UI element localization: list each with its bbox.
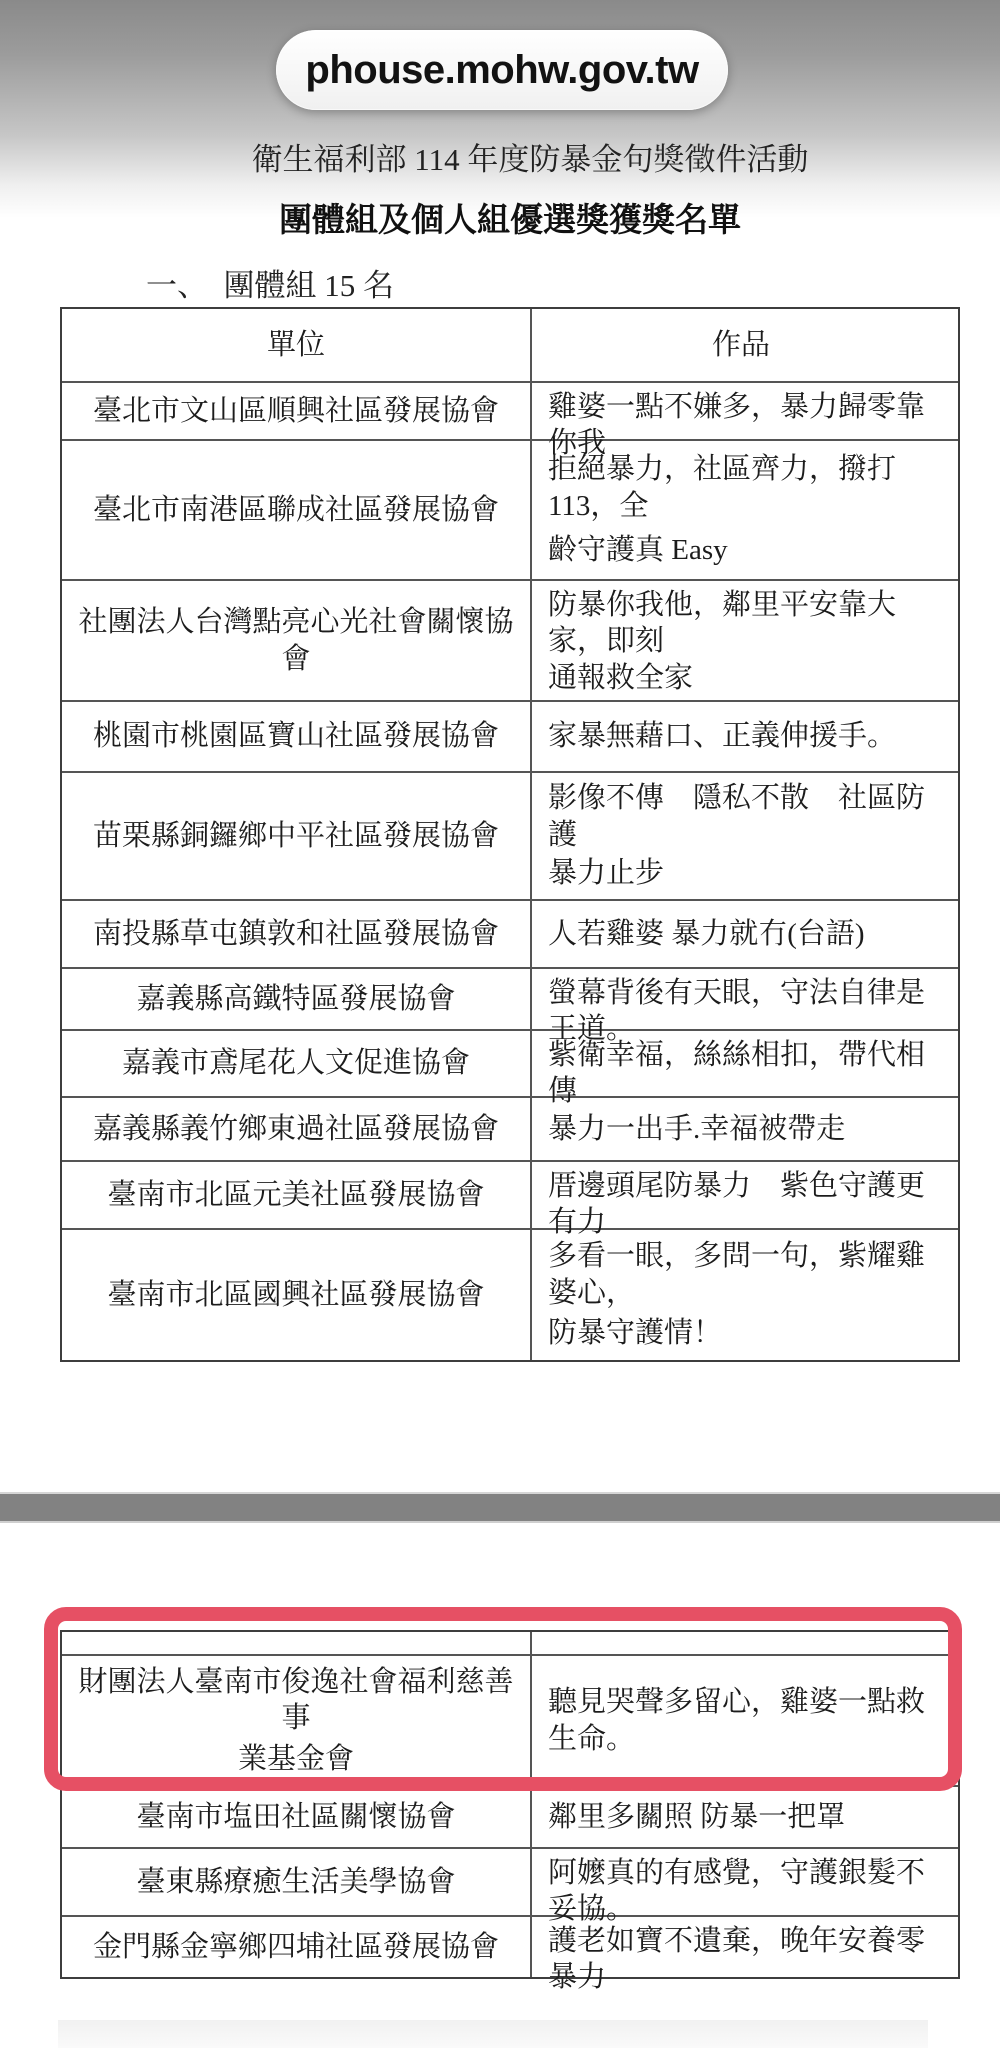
table-row: 臺東縣療癒生活美學協會 阿嬤真的有感覺，守護銀髮不妥協。 <box>62 1847 958 1915</box>
table-row: 桃園市桃園區寶山社區發展協會 家暴無藉口、正義伸援手。 <box>62 700 958 771</box>
table-row: 臺南市北區元美社區發展協會 厝邊頭尾防暴力 紫色守護更有力 <box>62 1160 958 1228</box>
table-row: 臺北市文山區順興社區發展協會 雞婆一點不嫌多，暴力歸零靠你我 <box>62 381 958 439</box>
award-table-top: 單位 作品 臺北市文山區順興社區發展協會 雞婆一點不嫌多，暴力歸零靠你我 臺北市… <box>60 307 960 1362</box>
table-row: 臺北市南港區聯成社區發展協會 拒絕暴力，社區齊力，撥打 113，全齡守護真 Ea… <box>62 439 958 579</box>
table-row: 南投縣草屯鎮敦和社區發展協會 人若雞婆 暴力就冇(台語) <box>62 899 958 967</box>
url-bar[interactable]: phouse.mohw.gov.tw <box>276 30 728 110</box>
table-row: 臺南市塩田社區關懷協會 鄰里多關照 防暴一把罩 <box>62 1785 958 1847</box>
table-header-row: 單位 作品 <box>62 309 958 381</box>
table-row: 嘉義市鳶尾花人文促進協會 紫衛幸福，絲絲相扣，帶代相傳 <box>62 1029 958 1096</box>
table-row: 嘉義縣高鐵特區發展協會 螢幕背後有天眼，守法自律是王道。 <box>62 967 958 1029</box>
document-title: 衛生福利部 114 年度防暴金句獎徵件活動 <box>80 134 980 179</box>
table-row-partial <box>62 1632 958 1654</box>
table-row-highlighted: 財團法人臺南市俊逸社會福利慈善事業基金會 聽見哭聲多留心，雞婆一點救生命。 <box>62 1654 958 1785</box>
scroll-divider-band <box>0 1492 1000 1523</box>
table-row: 社團法人台灣點亮心光社會關懷協會 防暴你我他，鄰里平安靠大家，即刻通報救全家 <box>62 579 958 700</box>
table-row: 金門縣金寧鄉四埔社區發展協會 護老如寶不遺棄，晚年安養零暴力 <box>62 1915 958 1977</box>
table-row: 苗栗縣銅鑼鄉中平社區發展協會 影像不傳 隱私不散 社區防護暴力止步 <box>62 771 958 899</box>
url-text: phouse.mohw.gov.tw <box>305 48 698 93</box>
bottom-partial-block <box>58 2020 928 2048</box>
table-row: 臺南市北區國興社區發展協會 多看一眼，多問一句，紫耀雞婆心，防暴守護情！ <box>62 1228 958 1360</box>
document-subtitle: 團體組及個人組優選獎獲獎名單 <box>80 194 940 241</box>
header-work: 作品 <box>532 309 958 381</box>
section-label: 一、 團體組 15 名 <box>146 260 394 305</box>
award-table-bottom: 財團法人臺南市俊逸社會福利慈善事業基金會 聽見哭聲多留心，雞婆一點救生命。 臺南… <box>60 1630 960 1979</box>
table-row: 嘉義縣義竹鄉東過社區發展協會 暴力一出手.幸福被帶走 <box>62 1096 958 1160</box>
header-unit: 單位 <box>62 309 532 381</box>
